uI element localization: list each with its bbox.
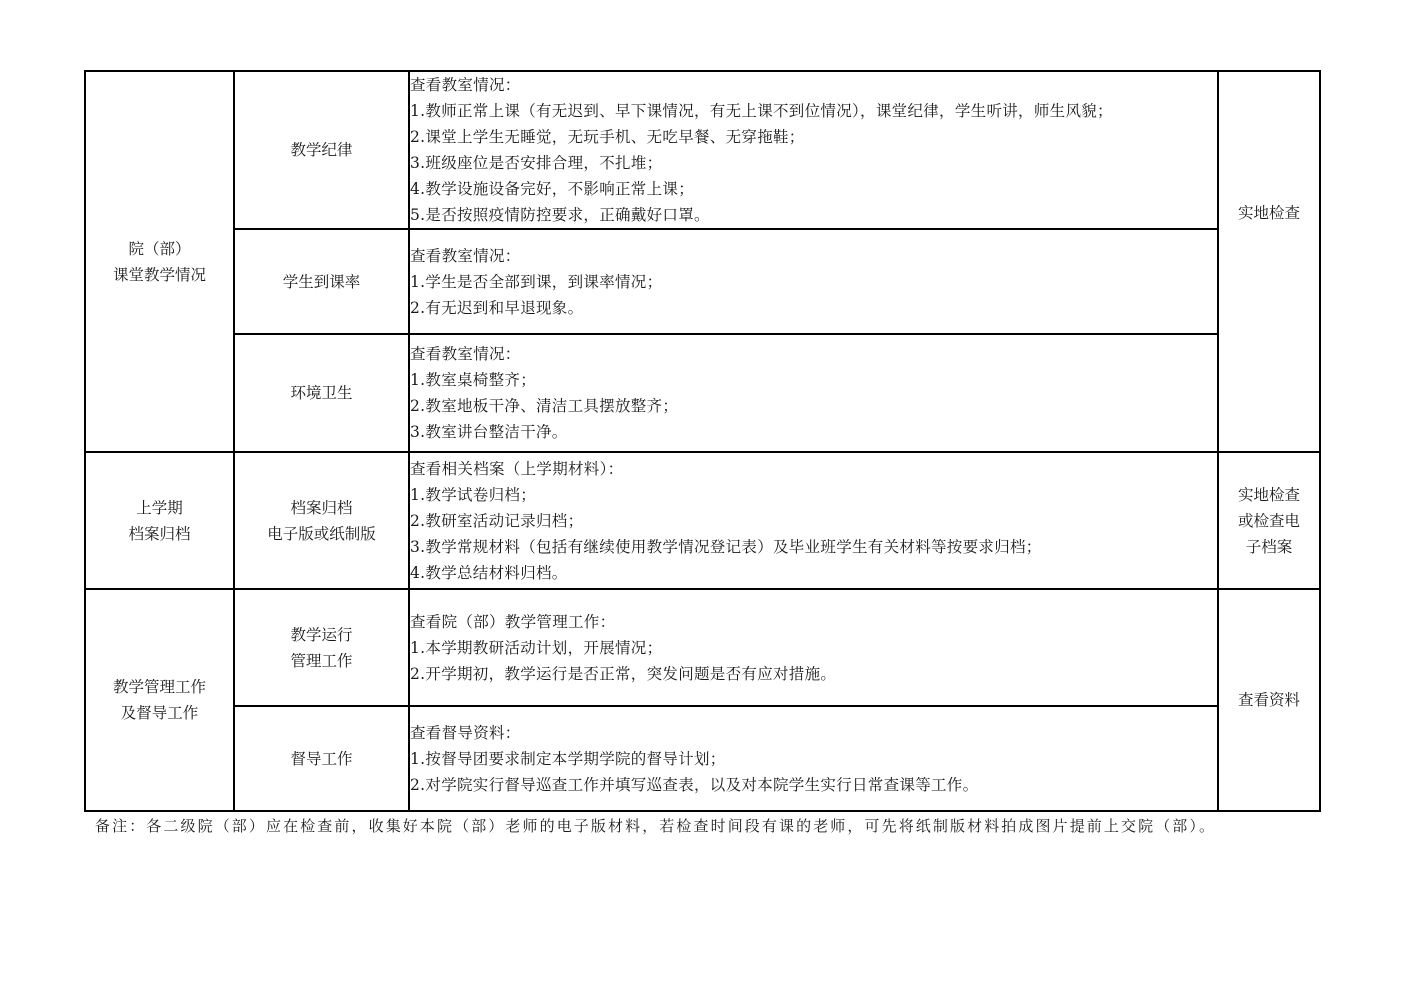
subject-cell: 教学纪律 [234,71,409,229]
subject-cell: 学生到课率 [234,229,409,334]
content-line: 4.教学设施设备完好，不影响正常上课； [410,176,1217,202]
category-text: 及督导工作 [86,700,233,726]
content-line: 2.有无迟到和早退现象。 [410,295,1217,321]
table-row: 环境卫生 查看教室情况： 1.教室桌椅整齐； 2.教室地板干净、清洁工具摆放整齐… [85,334,1320,452]
category-text: 档案归档 [86,521,233,547]
category-text: 上学期 [86,495,233,521]
table-row: 教学管理工作 及督导工作 教学运行 管理工作 查看院（部）教学管理工作： 1.本… [85,589,1320,706]
content-line: 1.本学期教研活动计划，开展情况； [410,635,1217,661]
content-line: 1.学生是否全部到课，到课率情况； [410,269,1217,295]
content-line: 2.教研室活动记录归档； [410,508,1217,534]
category-cell: 上学期 档案归档 [85,452,234,589]
method-cell: 实地检查 [1218,71,1320,452]
subject-cell: 环境卫生 [234,334,409,452]
content-cell: 查看教室情况： 1.学生是否全部到课，到课率情况； 2.有无迟到和早退现象。 [409,229,1218,334]
content-line: 1.按督导团要求制定本学期学院的督导计划； [410,746,1217,772]
category-cell: 教学管理工作 及督导工作 [85,589,234,811]
subject-text: 档案归档 [235,495,408,521]
content-line: 4.教学总结材料归档。 [410,560,1217,586]
subject-text: 学生到课率 [235,269,408,295]
category-text: 院（部） [86,236,233,262]
content-line: 查看教室情况： [410,341,1217,367]
document-page: 院（部） 课堂教学情况 教学纪律 查看教室情况： 1.教师正常上课（有无迟到、早… [0,0,1403,992]
content-line: 查看院（部）教学管理工作： [410,609,1217,635]
table-row: 督导工作 查看督导资料： 1.按督导团要求制定本学期学院的督导计划； 2.对学院… [85,706,1320,811]
content-line: 3.班级座位是否安排合理，不扎堆； [410,150,1217,176]
content-line: 3.教学常规材料（包括有继续使用教学情况登记表）及毕业班学生有关材料等按要求归档… [410,534,1217,560]
content-cell: 查看教室情况： 1.教师正常上课（有无迟到、早下课情况，有无上课不到位情况），课… [409,71,1218,229]
footnote: 备注：各二级院（部）应在检查前，收集好本院（部）老师的电子版材料，若检查时间段有… [95,815,1216,836]
content-cell: 查看教室情况： 1.教室桌椅整齐； 2.教室地板干净、清洁工具摆放整齐； 3.教… [409,334,1218,452]
content-cell: 查看院（部）教学管理工作： 1.本学期教研活动计划，开展情况； 2.开学期初，教… [409,589,1218,706]
content-line: 查看教室情况： [410,72,1217,98]
content-line: 5.是否按照疫情防控要求，正确戴好口罩。 [410,202,1217,228]
subject-text: 电子版或纸制版 [235,521,408,547]
inspection-table: 院（部） 课堂教学情况 教学纪律 查看教室情况： 1.教师正常上课（有无迟到、早… [84,70,1321,812]
category-text: 教学管理工作 [86,674,233,700]
content-cell: 查看相关档案（上学期材料）： 1.教学试卷归档； 2.教研室活动记录归档； 3.… [409,452,1218,589]
category-text: 课堂教学情况 [86,262,233,288]
subject-cell: 督导工作 [234,706,409,811]
content-line: 3.教室讲台整洁干净。 [410,419,1217,445]
content-line: 2.教室地板干净、清洁工具摆放整齐； [410,393,1217,419]
subject-text: 督导工作 [235,746,408,772]
content-line: 查看督导资料： [410,720,1217,746]
table-row: 上学期 档案归档 档案归档 电子版或纸制版 查看相关档案（上学期材料）： 1.教… [85,452,1320,589]
subject-text: 教学纪律 [235,137,408,163]
method-cell: 实地检查 或检查电 子档案 [1218,452,1320,589]
subject-text: 教学运行 [235,622,408,648]
category-cell: 院（部） 课堂教学情况 [85,71,234,452]
method-text: 实地检查 [1219,482,1319,508]
content-line: 2.课堂上学生无睡觉，无玩手机、无吃早餐、无穿拖鞋； [410,124,1217,150]
subject-text: 管理工作 [235,648,408,674]
content-line: 2.对学院实行督导巡查工作并填写巡查表，以及对本院学生实行日常查课等工作。 [410,772,1217,798]
content-line: 查看教室情况： [410,243,1217,269]
subject-text: 环境卫生 [235,380,408,406]
method-text: 或检查电 [1219,508,1319,534]
content-line: 查看相关档案（上学期材料）： [410,456,1217,482]
method-text: 子档案 [1219,534,1319,560]
method-text: 实地检查 [1219,200,1319,226]
method-cell: 查看资料 [1218,589,1320,811]
content-line: 2.开学期初，教学运行是否正常，突发问题是否有应对措施。 [410,661,1217,687]
method-text: 查看资料 [1219,687,1319,713]
content-line: 1.教学试卷归档； [410,482,1217,508]
content-cell: 查看督导资料： 1.按督导团要求制定本学期学院的督导计划； 2.对学院实行督导巡… [409,706,1218,811]
subject-cell: 档案归档 电子版或纸制版 [234,452,409,589]
content-line: 1.教师正常上课（有无迟到、早下课情况，有无上课不到位情况），课堂纪律，学生听讲… [410,98,1217,124]
table-row: 院（部） 课堂教学情况 教学纪律 查看教室情况： 1.教师正常上课（有无迟到、早… [85,71,1320,229]
content-line: 1.教室桌椅整齐； [410,367,1217,393]
table-row: 学生到课率 查看教室情况： 1.学生是否全部到课，到课率情况； 2.有无迟到和早… [85,229,1320,334]
subject-cell: 教学运行 管理工作 [234,589,409,706]
